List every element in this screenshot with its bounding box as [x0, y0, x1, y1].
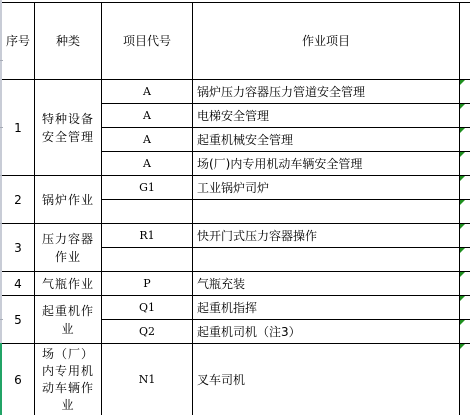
- category-line: 气瓶作业: [42, 275, 94, 293]
- category-line: 作业: [55, 248, 81, 266]
- item-value: 锅炉压力容器压力管道安全管理: [197, 83, 365, 101]
- category-line: 动车辆作: [42, 380, 94, 397]
- code-value: A: [143, 83, 151, 101]
- item-value: 快开门式压力容器操作: [197, 227, 317, 245]
- seq-value: 1: [14, 119, 22, 137]
- cell-item[interactable]: 快开门式压力容器操作: [193, 224, 459, 247]
- category-line: 安全管理: [42, 128, 94, 146]
- item-value: 电梯安全管理: [197, 107, 269, 125]
- comment-indicator-icon[interactable]: [460, 320, 465, 325]
- cell-seq-2[interactable]: 2: [2, 176, 34, 223]
- category-line: 场（厂）: [42, 346, 94, 363]
- seq-value: 6: [14, 371, 22, 389]
- category-line: 内专用机: [42, 363, 94, 380]
- cell-item[interactable]: 起重机械安全管理: [193, 128, 459, 151]
- cell-item[interactable]: 工业锅炉司炉: [193, 176, 459, 199]
- code-value: N1: [139, 371, 156, 389]
- item-value: 叉车司机: [197, 371, 245, 389]
- cell-code[interactable]: A: [102, 152, 192, 175]
- cell-category-5[interactable]: 起重机作 业: [35, 296, 101, 343]
- item-value: 起重机指挥: [197, 299, 257, 317]
- cell-item[interactable]: 电梯安全管理: [193, 104, 459, 127]
- header-seq-label: 序号: [6, 32, 30, 50]
- cell-code[interactable]: R1: [102, 224, 192, 247]
- header-code-label: 项目代号: [123, 32, 171, 50]
- cell-code[interactable]: Q2: [102, 320, 192, 343]
- cell-item[interactable]: 气瓶充装: [193, 272, 459, 295]
- item-value: 起重机械安全管理: [197, 131, 293, 149]
- comment-indicator-icon[interactable]: [460, 224, 465, 229]
- header-extra-cell[interactable]: [460, 3, 470, 79]
- item-value: 起重机司机（注3）: [197, 323, 301, 341]
- comment-indicator-icon[interactable]: [460, 200, 465, 205]
- header-category[interactable]: 种类: [35, 3, 101, 79]
- code-value: A: [143, 155, 151, 173]
- item-value: 工业锅炉司炉: [197, 179, 269, 197]
- cell-seq-3[interactable]: 3: [2, 224, 34, 271]
- category-line: 业: [61, 320, 74, 338]
- comment-indicator-icon[interactable]: [460, 176, 465, 181]
- header-item[interactable]: 作业项目: [193, 3, 459, 79]
- cell-code[interactable]: N1: [102, 344, 192, 415]
- cell-seq-4[interactable]: 4: [2, 272, 34, 295]
- comment-indicator-icon[interactable]: [460, 248, 465, 253]
- comment-indicator-icon[interactable]: [460, 272, 465, 277]
- cell-code-empty[interactable]: [102, 200, 192, 223]
- category-line: 业: [61, 397, 74, 414]
- cell-code[interactable]: Q1: [102, 296, 192, 319]
- cell-seq-1[interactable]: 1: [2, 80, 34, 175]
- comment-indicator-icon[interactable]: [460, 344, 465, 349]
- cell-category-1[interactable]: 特种设备 安全管理: [35, 80, 101, 175]
- header-seq[interactable]: 序号: [2, 3, 34, 79]
- cell-code[interactable]: A: [102, 104, 192, 127]
- code-value: Q2: [139, 323, 155, 341]
- cell-category-6[interactable]: 场（厂） 内专用机 动车辆作 业: [35, 344, 101, 415]
- seq-value: 2: [14, 191, 22, 209]
- comment-indicator-icon[interactable]: [460, 80, 465, 85]
- header-code[interactable]: 项目代号: [102, 3, 192, 79]
- seq-value: 4: [14, 275, 22, 293]
- code-value: A: [143, 131, 151, 149]
- item-value: 气瓶充装: [197, 275, 245, 293]
- cell-category-3[interactable]: 压力容器 作业: [35, 224, 101, 271]
- code-value: R1: [139, 227, 154, 245]
- comment-indicator-icon[interactable]: [460, 296, 465, 301]
- code-value: G1: [139, 179, 155, 197]
- cell-item[interactable]: 起重机司机（注3）: [193, 320, 459, 343]
- category-line: 起重机作: [42, 302, 94, 320]
- cell-code[interactable]: G1: [102, 176, 192, 199]
- comment-indicator-icon[interactable]: [460, 152, 465, 157]
- item-value: 场(厂)内专用机动车辆安全管理: [197, 155, 362, 173]
- cell-item[interactable]: 锅炉压力容器压力管道安全管理: [193, 80, 459, 103]
- code-value: A: [143, 107, 151, 125]
- cell-item-empty[interactable]: [193, 248, 459, 271]
- header-item-label: 作业项目: [302, 32, 350, 50]
- cell-code[interactable]: A: [102, 128, 192, 151]
- cell-code[interactable]: P: [102, 272, 192, 295]
- comment-indicator-icon[interactable]: [460, 128, 465, 133]
- cell-seq-5[interactable]: 5: [2, 296, 34, 343]
- category-line: 特种设备: [42, 110, 94, 128]
- category-line: 锅炉作业: [42, 191, 94, 209]
- code-value: Q1: [139, 299, 155, 317]
- cell-code[interactable]: A: [102, 80, 192, 103]
- cell-item[interactable]: 起重机指挥: [193, 296, 459, 319]
- cell-category-4[interactable]: 气瓶作业: [35, 272, 101, 295]
- seq-value: 3: [14, 239, 22, 257]
- category-line: 压力容器: [42, 230, 94, 248]
- code-value: P: [143, 275, 150, 293]
- cell-category-2[interactable]: 锅炉作业: [35, 176, 101, 223]
- spreadsheet-grid: 序号 种类 项目代号 作业项目 1 特种设备 安全管理 A 锅炉压力容器压力管道…: [0, 0, 470, 415]
- comment-indicator-icon[interactable]: [460, 104, 465, 109]
- cell-item[interactable]: 场(厂)内专用机动车辆安全管理: [193, 152, 459, 175]
- header-category-label: 种类: [56, 32, 80, 50]
- cell-code-empty[interactable]: [102, 248, 192, 271]
- cell-item-empty[interactable]: [193, 200, 459, 223]
- seq-value: 5: [14, 311, 22, 329]
- cell-item[interactable]: 叉车司机: [193, 344, 459, 415]
- cell-seq-6[interactable]: 6: [2, 344, 34, 415]
